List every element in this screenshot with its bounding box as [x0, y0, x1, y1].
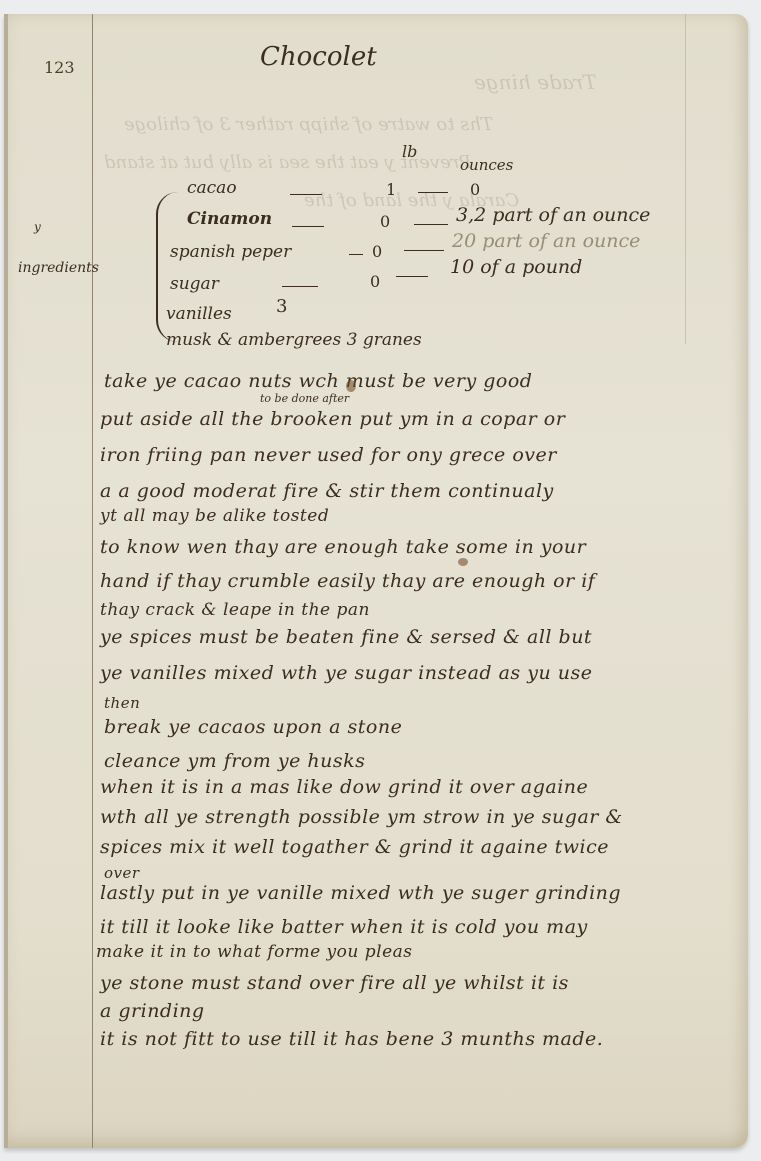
dash — [290, 194, 322, 195]
ingredient-name: Cinamon — [187, 209, 272, 229]
ingredient-qty: 0 — [372, 242, 382, 261]
text-line: thay crack & leape in the pan — [100, 600, 370, 620]
text-line: take ye cacao nuts wch must be very good — [104, 370, 532, 392]
show-through-text: Trade hinge — [474, 70, 597, 94]
ink-stain — [346, 380, 356, 392]
dash — [282, 286, 318, 287]
text-line: ye spices must be beaten fine & sersed &… — [100, 626, 592, 648]
text-line: cleance ym from ye husks — [104, 750, 365, 772]
text-line: a a good moderat fire & stir them contin… — [100, 480, 554, 502]
ingredient-name: sugar — [170, 274, 219, 294]
text-line: it is not fitt to use till it has bene 3… — [100, 1028, 603, 1050]
ingredient-qty: 0 — [380, 212, 390, 231]
dash — [396, 276, 428, 277]
ingredient-name: spanish peper — [170, 242, 291, 262]
text-line: spices mix it well togather & grind it a… — [100, 836, 609, 858]
text-line: ye stone must stand over fire all ye whi… — [100, 972, 569, 994]
text-line: hand if thay crumble easily thay are eno… — [100, 570, 595, 592]
dash — [349, 254, 363, 255]
text-line: when it is in a mas like dow grind it ov… — [100, 776, 588, 798]
text-line: ye vanilles mixed wth ye sugar instead a… — [100, 662, 592, 684]
text-line: a grinding — [100, 1000, 205, 1022]
text-line: iron friing pan never used for ony grece… — [100, 444, 557, 466]
page-gutter — [4, 14, 8, 1148]
dash — [414, 224, 448, 225]
text-line: put aside all the brooken put ym in a co… — [100, 408, 565, 430]
folio-number: 123 — [44, 58, 75, 77]
text-line: yt all may be alike tosted — [100, 506, 329, 526]
show-through-text: Ths to watre of shipp rather 3 of chilog… — [124, 114, 493, 135]
right-margin-rule — [685, 14, 686, 344]
dash — [404, 250, 444, 251]
ingredients-mark: y — [34, 220, 41, 234]
ingredient-qty: 0 — [370, 272, 380, 291]
ingredients-label: ingredients — [18, 260, 99, 276]
text-line: wth all ye strength possible ym strow in… — [100, 806, 623, 828]
text-line: to know wen thay are enough take some in… — [100, 536, 586, 558]
ingredient-note: 3,2 part of an ounce — [456, 204, 650, 226]
dash — [292, 226, 324, 227]
ingredient-qty: 1 — [386, 180, 396, 199]
ingredient-qty: 3 — [276, 296, 287, 317]
ingredient-note: 10 of a pound — [450, 256, 582, 278]
text-line: then — [104, 694, 140, 712]
ingredient-name: cacao — [187, 178, 237, 198]
dash — [418, 192, 448, 193]
interlinear-note: to be done after — [260, 392, 349, 405]
text-line: over — [104, 864, 140, 882]
margin-rule — [92, 14, 93, 1148]
text-line: lastly put in ye vanille mixed wth ye su… — [100, 882, 621, 904]
text-line: make it in to what forme you pleas — [96, 942, 413, 962]
text-line: break ye cacaos upon a stone — [104, 716, 402, 738]
ingredient-name: musk & ambergrees 3 granes — [166, 330, 422, 350]
ingredient-sub-qty: 0 — [470, 180, 480, 199]
unit-header: ounces — [460, 156, 513, 174]
page-title: Chocolet — [260, 42, 377, 72]
text-line: it till it looke like batter when it is … — [100, 916, 588, 938]
ingredient-name: vanilles — [166, 304, 232, 324]
ink-stain — [458, 558, 468, 566]
pound-mark: lb — [402, 142, 417, 161]
ingredient-note: 20 part of an ounce — [452, 230, 640, 252]
manuscript-page: Trade hinge Ths to watre of shipp rather… — [4, 14, 748, 1148]
